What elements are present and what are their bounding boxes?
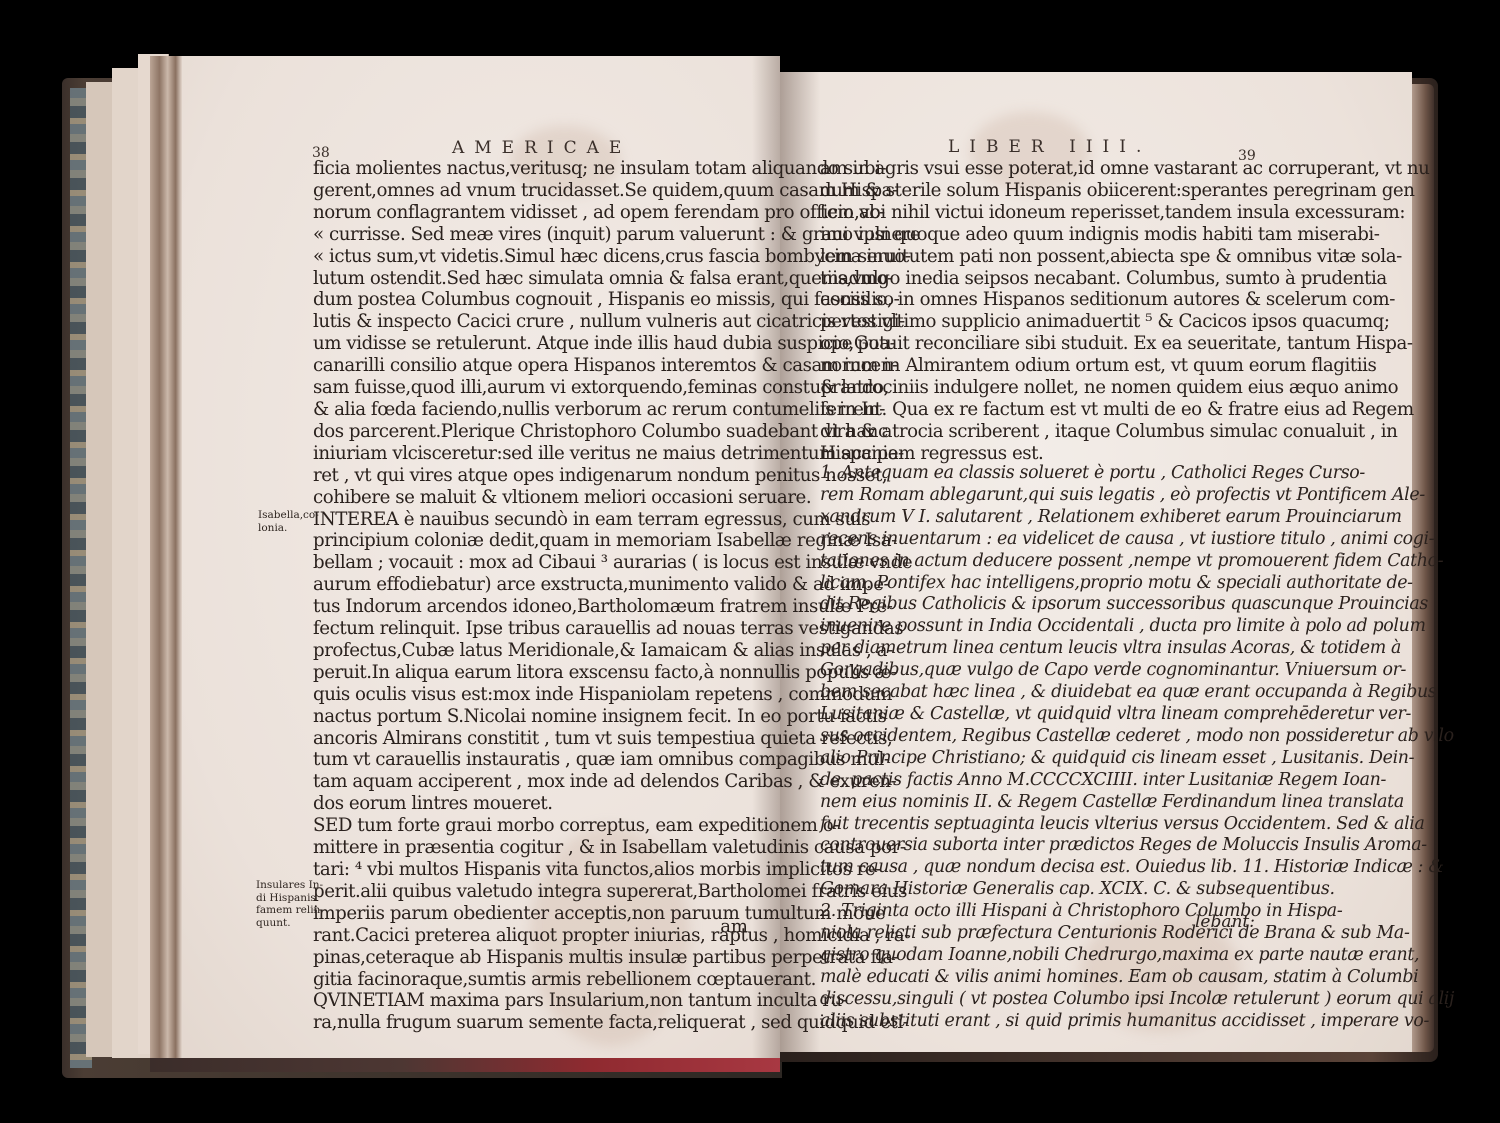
text-line: licam. Pontifex hac intelligens,proprio … bbox=[820, 573, 1270, 595]
text-line: aliis substituti erant , si quid primis … bbox=[820, 1011, 1270, 1033]
text-line: lutum ostendit.Sed hæc simulata omnia & … bbox=[313, 268, 783, 290]
text-line: ancoris Almirans constitit , tum vt suis… bbox=[313, 728, 783, 750]
text-line: Gomara Historiæ Generalis cap. XCIX. C. … bbox=[820, 879, 1270, 901]
text-line: pertos vltimo supplicio animaduertit ⁵ &… bbox=[820, 311, 1270, 333]
text-line: um vidisse se retulerunt. Atque inde ill… bbox=[313, 333, 783, 355]
text-line: cohibere se maluit & vltionem meliori oc… bbox=[313, 487, 783, 509]
text-line: SED tum forte graui morbo correptus, eam… bbox=[313, 815, 783, 837]
text-line: tem,vbi nihil victui idoneum reperisset,… bbox=[820, 202, 1270, 224]
text-line: dira & atrocia scriberent , itaque Colum… bbox=[820, 421, 1270, 443]
catchword: am bbox=[700, 916, 748, 937]
text-line: fuit trecentis septuaginta leucis vlteri… bbox=[820, 814, 1270, 836]
text-line: tum vt carauellis instauratis , quæ iam … bbox=[313, 749, 783, 771]
text-line: dit Regibus Catholicis & ipsorum success… bbox=[820, 594, 1270, 616]
text-line: dum postea Columbus cognouit , Hispanis … bbox=[313, 289, 783, 311]
text-line: « ictus sum,vt videtis.Simul hæc dicens,… bbox=[313, 246, 783, 268]
text-line: tus Indorum arcendos idoneo,Bartholomæum… bbox=[313, 596, 783, 618]
page-block-edge bbox=[150, 56, 182, 1058]
text-line: & latrociniis indulgere nollet, ne nomen… bbox=[820, 377, 1270, 399]
text-line: Gorgadibus,quæ vulgo de Capo verde cogno… bbox=[820, 660, 1270, 682]
text-line: canarilli consilio atque opera Hispanos … bbox=[313, 355, 783, 377]
text-line: tationes in actum deducere possent ,nemp… bbox=[820, 551, 1270, 573]
text-line: pinas,ceteraque ab Hispanis multis insul… bbox=[313, 947, 783, 969]
text-line: tari: ⁴ vbi multos Hispanis vita functos… bbox=[313, 859, 783, 881]
text-line: gerent,omnes ad vnum trucidasset.Se quid… bbox=[313, 180, 783, 202]
text-line: INTEREA è nauibus secundò in eam terram … bbox=[313, 509, 783, 531]
marginal-note: Isabella,co- lonia. bbox=[258, 509, 319, 534]
text-line: recens inuentarum : ea videlicet de caus… bbox=[820, 529, 1270, 551]
text-line: mittere in præsentia cogitur , & in Isab… bbox=[313, 837, 783, 859]
text-line: ra,nulla frugum suarum semente facta,rel… bbox=[313, 1012, 783, 1034]
text-line: ficia molientes nactus,veritusq; ne insu… bbox=[313, 158, 783, 180]
text-line: norum conflagrantem vidisset , ad opem f… bbox=[313, 202, 783, 224]
text-line: nactus portum S.Nicolai nomine insignem … bbox=[313, 706, 783, 728]
text-line: bem secabat hæc linea , & diuidebat ea q… bbox=[820, 682, 1270, 704]
text-line: discessu,singuli ( vt postea Columbo ips… bbox=[820, 989, 1270, 1011]
right-body-text: am in agris vsui esse poterat,id omne va… bbox=[820, 158, 1270, 465]
text-line: imo ipsi quoque adeo quum indignis modis… bbox=[820, 224, 1270, 246]
text-line: Hispaniam regressus est. bbox=[820, 443, 1270, 465]
text-line: iniuriam vlcisceretur:sed ille veritus n… bbox=[313, 443, 783, 465]
text-line: de, pactis factis Anno M.CCCCXCIIII. int… bbox=[820, 770, 1270, 792]
text-line: xandrum V I. salutarent , Relationem exh… bbox=[820, 507, 1270, 529]
left-body-text: ficia molientes nactus,veritusq; ne insu… bbox=[313, 158, 783, 1034]
running-head: AMERICAE bbox=[452, 138, 631, 158]
text-line: sus occidentem, Regibus Castellæ cederet… bbox=[820, 726, 1270, 748]
text-line: Lusitaniæ & Castellæ, vt quidquid vltra … bbox=[820, 704, 1270, 726]
text-line: tiis,vulgo inedia seipsos necabant. Colu… bbox=[820, 268, 1270, 290]
text-line: tum causa , quæ nondum decisa est. Ouied… bbox=[820, 857, 1270, 879]
catchword: lebant: bbox=[1150, 912, 1255, 932]
text-line: gitia facinoraque,sumtis armis rebellion… bbox=[313, 969, 783, 991]
text-line: profectus,Cubæ latus Meridionale,& Iamai… bbox=[313, 640, 783, 662]
text-line: ope potuit reconciliare sibi studuit. Ex… bbox=[820, 333, 1270, 355]
text-line: aurum effodiebatur) arce exstructa,munim… bbox=[313, 574, 783, 596]
text-line: nem eius nominis II. & Regem Castellæ Fe… bbox=[820, 792, 1270, 814]
text-line: dos eorum lintres moueret. bbox=[313, 793, 783, 815]
text-line: dum & sterile solum Hispanis obiicerent:… bbox=[820, 180, 1270, 202]
text-line: & alia fœda faciendo,nullis verborum ac … bbox=[313, 399, 783, 421]
text-line: inuenire possunt in India Occidentali , … bbox=[820, 616, 1270, 638]
text-line: lutis & inspecto Cacici crure , nullum v… bbox=[313, 311, 783, 333]
text-line: gistro quodam Ioanne,nobili Chedrurgo,ma… bbox=[820, 945, 1270, 967]
text-line: rem Romam ablegarunt,qui suis legatis , … bbox=[820, 485, 1270, 507]
running-head: LIBER IIII. bbox=[948, 137, 1151, 157]
text-line: per diametrum linea centum leucis vltra … bbox=[820, 638, 1270, 660]
text-line: « currisse. Sed meæ vires (inquit) parum… bbox=[313, 224, 783, 246]
text-line: alio Principe Christiano; & quidquid cis… bbox=[820, 748, 1270, 770]
text-line: peruit.In aliqua earum litora exscensu f… bbox=[313, 662, 783, 684]
marginal-note: Insulares In- di Hispanis famem relin- q… bbox=[256, 879, 324, 929]
text-line: quis oculis visus est:mox inde Hispaniol… bbox=[313, 684, 783, 706]
text-line: norum in Almirantem odium ortum est, vt … bbox=[820, 355, 1270, 377]
text-line: am in agris vsui esse poterat,id omne va… bbox=[820, 158, 1270, 180]
text-line: controuersia suborta inter prædictos Reg… bbox=[820, 835, 1270, 857]
book-spread: 38 AMERICAE ficia molientes nactus,verit… bbox=[0, 0, 1500, 1123]
text-line: 1. Antequam ea classis solueret è portu … bbox=[820, 463, 1270, 485]
red-page-edge bbox=[150, 1058, 780, 1072]
text-line: ferrent. Qua ex re factum est vt multi d… bbox=[820, 399, 1270, 421]
text-line: ret , vt qui vires atque opes indigenaru… bbox=[313, 465, 783, 487]
text-line: sam fuisse,quod illi,aurum vi extorquend… bbox=[313, 377, 783, 399]
text-line: perit.alii quibus valetudo integra super… bbox=[313, 881, 783, 903]
text-line: consilio, in omnes Hispanos seditionum a… bbox=[820, 289, 1270, 311]
text-line: fectum relinquit. Ipse tribus carauellis… bbox=[313, 618, 783, 640]
text-line: lem seruitutem pati non possent,abiecta … bbox=[820, 246, 1270, 268]
text-line: dos parcerent.Plerique Christophoro Colu… bbox=[313, 421, 783, 443]
text-line: bellam ; vocauit : mox ad Cibaui ³ aurar… bbox=[313, 552, 783, 574]
right-notes-text: 1. Antequam ea classis solueret è portu … bbox=[820, 463, 1270, 1033]
text-line: QVINETIAM maxima pars Insularium,non tan… bbox=[313, 990, 783, 1012]
text-line: tam aquam acciperent , mox inde ad delen… bbox=[313, 771, 783, 793]
text-line: malè educati & vilis animi homines. Eam … bbox=[820, 967, 1270, 989]
text-line: principium coloniæ dedit,quam in memoria… bbox=[313, 530, 783, 552]
